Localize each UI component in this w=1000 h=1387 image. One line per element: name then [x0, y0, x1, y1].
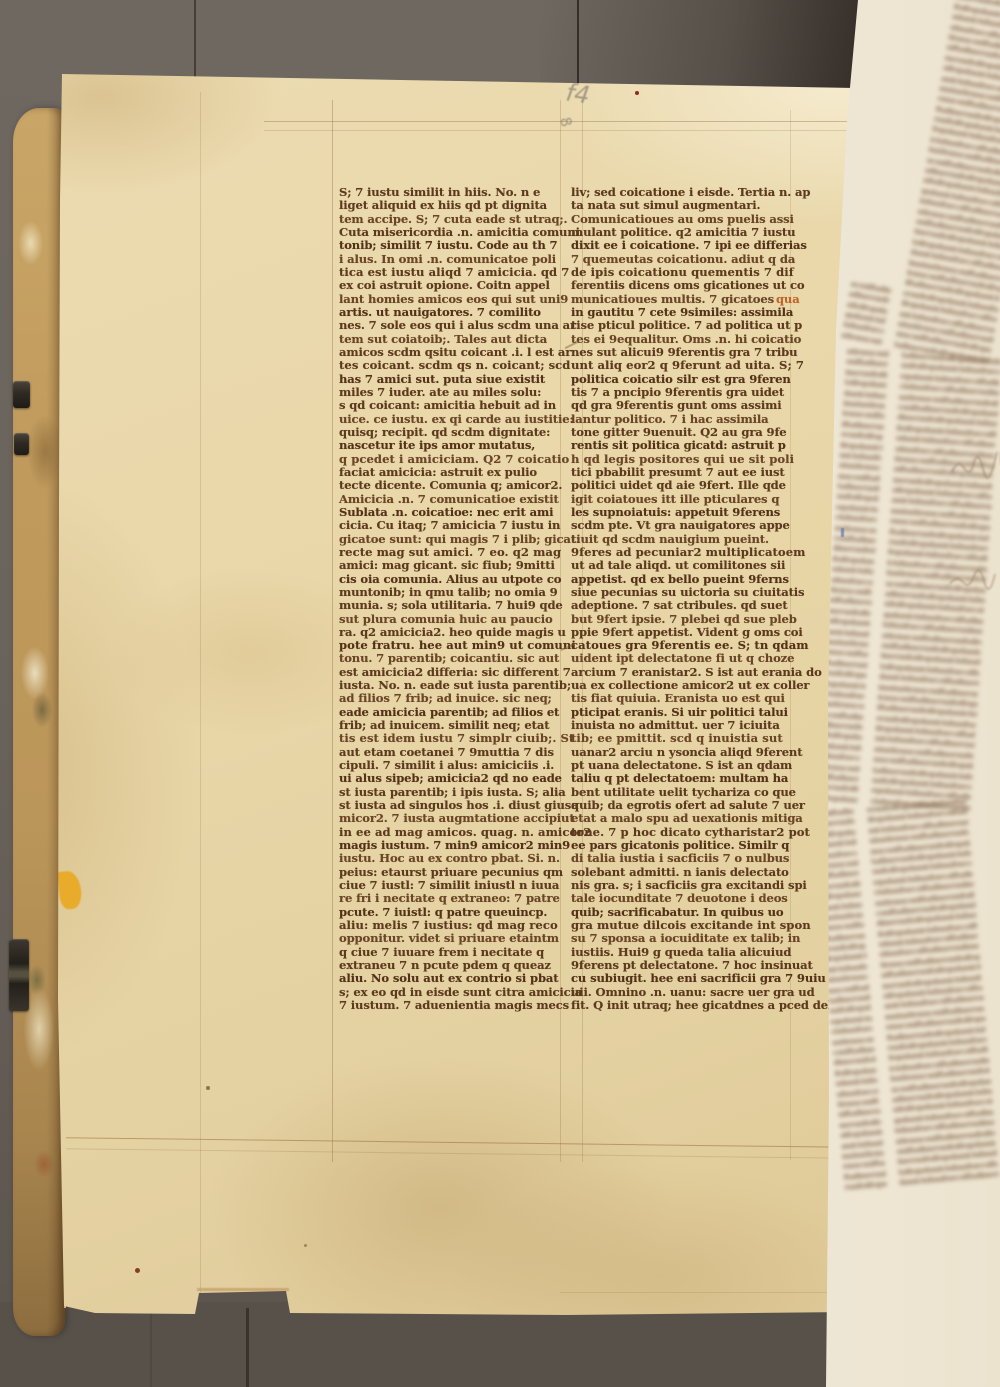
- manuscript-text-line: ra. q2 amicicia2. heo quide magis u: [339, 626, 563, 639]
- manuscript-text-line: su 7 sponsa a iocuiditate ex talib; in: [571, 932, 833, 945]
- manuscript-text-line: siue pecunias su uictoria su ciuitatis: [571, 586, 833, 599]
- manuscript-text-line: quib; sacrificabatur. In quibus uo: [571, 906, 833, 919]
- manuscript-text-line: extraneu 7 n pcute pdem q queaz: [339, 959, 563, 972]
- manuscript-text-line: pcute. 7 iuistl: q patre queuincp.: [339, 906, 563, 919]
- manuscript-text-line: politica coicatio silr est gra 9feren: [571, 373, 833, 386]
- manuscript-text-line: tis 7 a pncipio 9ferentis gra uidet: [571, 386, 833, 399]
- manuscript-text-line: tise pticul politice. 7 ad politica ut p: [571, 319, 833, 332]
- metal-clasp: [13, 381, 30, 408]
- manuscript-text-line: lantur politico. 7 i hac assimila: [571, 413, 833, 426]
- manuscript-text-line: tica est iustu aliqd 7 amicicia. qd 7: [339, 266, 563, 279]
- manuscript-text-line: tecte dicente. Comunia q; amicor2.: [339, 479, 563, 492]
- backdrop-seam: [150, 1312, 152, 1387]
- manuscript-text-line: S; 7 iustu similit in hiis. No. n e: [339, 186, 563, 199]
- manuscript-text-line: bent utilitate uelit tychariza co que: [571, 786, 833, 799]
- manuscript-text-line: h qd legis positores qui ue sit poli: [571, 453, 833, 466]
- manuscript-text-line: eade amicicia parentib; ad filios et: [339, 706, 563, 719]
- marginal-gloss: [948, 568, 998, 594]
- manuscript-text-line: micor2. 7 iusta augmtatione accipiut: [339, 812, 563, 825]
- manuscript-text-line: pt uana delectatone. S ist an qdam: [571, 759, 833, 772]
- manuscript-text-line: tiuit qd scdm nauigium pueint.: [571, 533, 833, 546]
- manuscript-text-line: st iusta parentib; i ipis iusta. S; alia: [339, 786, 563, 799]
- ruling-line: [332, 100, 333, 1162]
- backdrop-seam: [194, 0, 196, 78]
- manuscript-text-line: cu subiugit. hee eni sacrificii gra 7 9u…: [571, 972, 833, 985]
- manuscript-text-line: tone. 7 p hoc dicato cytharistar2 pot: [571, 826, 833, 839]
- manuscript-text-line: inuista no admittut. uer 7 iciuita: [571, 719, 833, 732]
- manuscript-text-line: solebant admitti. n ianis delectato: [571, 866, 833, 879]
- wax-stain: [57, 870, 83, 910]
- book-spine-edge: [13, 108, 65, 1336]
- manuscript-text-line: q pcedet i amiciciam. Q2 7 coicatio: [339, 453, 563, 466]
- manuscript-text-line: Sublata .n. coicatioe: nec erit ami: [339, 506, 563, 519]
- ink-spot: [304, 1244, 307, 1247]
- manuscript-text-line: tes ei 9equalitur. Oms .n. hi coicatio: [571, 333, 833, 346]
- manuscript-text-line: i alus. In omi .n. comunicatoe poli: [339, 253, 563, 266]
- manuscript-text-line: liget aliquid ex hiis qd pt dignita: [339, 199, 563, 212]
- manuscript-text-line: muntonib; in qmu talib; no omia 9: [339, 586, 563, 599]
- manuscript-text-line: Cuta misericordia .n. amicitia comuni: [339, 226, 563, 239]
- manuscript-text-line: st iusta ad singulos hos .i. diust giusa: [339, 799, 563, 812]
- manuscript-text-line: quib; da egrotis ofert ad salute 7 uer: [571, 799, 833, 812]
- manuscript-text-line: recte mag sut amici. 7 eo. q2 mag: [339, 546, 563, 559]
- manuscript-text-line: 9feres ad pecuniar2 multiplicatoem: [571, 546, 833, 559]
- manuscript-text-line: re fri i necitate q extraneo: 7 patre: [339, 892, 563, 905]
- manuscript-text-line: politici uidet qd aie 9fert. Ille qde: [571, 479, 833, 492]
- manuscript-text-line: municatioues multis. 7 gicatoesqua: [571, 293, 833, 306]
- manuscript-text-line: 9ferens pt delectatone. 7 hoc insinuat: [571, 959, 833, 972]
- manuscript-text-line: tonib; similit 7 iustu. Code au th 7: [339, 239, 563, 252]
- manuscript-text-line: ppie 9fert appetist. Vident g oms coi: [571, 626, 833, 639]
- manuscript-photo: f4 8 S; 7 iustu similit in hiis. No. n e…: [0, 0, 1000, 1387]
- manuscript-text-line: munia. s; sola utilitaria. 7 hui9 qde: [339, 599, 563, 612]
- pencil-folio-number: 8: [556, 115, 576, 129]
- manuscript-text-line: nascetur ite ips amor mutatus,: [339, 439, 563, 452]
- manuscript-text-line: ciue 7 iustl: 7 similit iniustl n iuua: [339, 879, 563, 892]
- manuscript-text-line: peius: etaurst priuare pecunius qm: [339, 866, 563, 879]
- manuscript-text-line: tone gitter 9uenuit. Q2 au gra 9fe: [571, 426, 833, 439]
- manuscript-text-line: lant homies amicos eos qui sut uni9: [339, 293, 563, 306]
- manuscript-text-line: mulant politice. q2 amicitia 7 iustu: [571, 226, 833, 239]
- manuscript-text-line: s; ex eo qd in eisde sunt citra amicicia: [339, 986, 563, 999]
- manuscript-text-line: magis iustum. 7 min9 amicor2 min9: [339, 839, 563, 852]
- pigment-speck: [841, 528, 844, 537]
- manuscript-text-line: qd gra 9ferentis gunt oms assimi: [571, 399, 833, 412]
- manuscript-text-line: but 9fert ipsie. 7 plebei qd sue pleb: [571, 613, 833, 626]
- manuscript-text-line: ui alus sipeb; amicicia2 qd no eade: [339, 772, 563, 785]
- manuscript-text-line: catoues gra 9ferentis ee. S; tn qdam: [571, 639, 833, 652]
- manuscript-text-line: iustiis. Hui9 g queda talia alicuiud: [571, 946, 833, 959]
- ink-spot: [635, 91, 639, 95]
- manuscript-text-line: miles 7 iuder. ate au miles solu:: [339, 386, 563, 399]
- manuscript-text-line: iustu. Hoc au ex contro pbat. Si. n.: [339, 852, 563, 865]
- manuscript-text-line: de ipis coicationu quementis 7 dif: [571, 266, 833, 279]
- manuscript-text-line: uanar2 arciu n ysoncia aliqd 9ferent: [571, 746, 833, 759]
- manuscript-text-line: tici pbabilit presumt 7 aut ee iust: [571, 466, 833, 479]
- manuscript-text-line: frib; ad inuicem. similit neq; etat: [339, 719, 563, 732]
- manuscript-text-line: tes coicant. scdm qs n. coicant; scd: [339, 359, 563, 372]
- manuscript-text-line: etat a malo spu ad uexationis mitiga: [571, 812, 833, 825]
- text-column-1: S; 7 iustu similit in hiis. No. n eliget…: [339, 186, 563, 1012]
- manuscript-text-line: artis. ut nauigatores. 7 comilito: [339, 306, 563, 319]
- manuscript-text-line: ex coi astruit opione. Coitn appel: [339, 279, 563, 292]
- manuscript-text-line: tis est idem iustu 7 simplr ciuib;. St: [339, 732, 563, 745]
- ink-spot: [135, 1268, 140, 1273]
- ink-spot: [206, 1086, 210, 1090]
- manuscript-text-line: pote fratru. hee aut min9 ut comuni: [339, 639, 563, 652]
- metal-clasp: [14, 433, 29, 455]
- manuscript-text-line: appetist. qd ex bello pueint 9ferns: [571, 573, 833, 586]
- ruling-line: [560, 1292, 830, 1293]
- manuscript-text-line: opponitur. videt si priuare etaintm: [339, 932, 563, 945]
- manuscript-text-line: gra mutue dilcois excitande int spon: [571, 919, 833, 932]
- manuscript-text-line: taliu q pt delectatoem: multam ha: [571, 772, 833, 785]
- metal-clasp: [9, 939, 29, 1011]
- manuscript-text-line: di talia iustia i sacficiis 7 o nulbus: [571, 852, 833, 865]
- bottom-edge-repair: [197, 1288, 289, 1291]
- manuscript-text-line: cipuli. 7 similit i alus: amiciciis .i.: [339, 759, 563, 772]
- backdrop-seam: [577, 0, 579, 88]
- manuscript-text-line: aliu: melis 7 iustius: qd mag reco: [339, 919, 563, 932]
- manuscript-text-line: unt aliq eor2 q 9ferunt ad uita. S; 7: [571, 359, 833, 372]
- manuscript-text-line: dixit ee i coicatione. 7 ipi ee differia…: [571, 239, 833, 252]
- facing-page-text-block: uconiftadimeruerunitoifequdamiciufmnitue…: [812, 795, 1000, 1193]
- manuscript-text-line: has 7 amici sut. puta siue existit: [339, 373, 563, 386]
- rubricated-word: qua: [774, 292, 800, 306]
- manuscript-text-line: uice. ce iustu. ex qi carde au iustitie:: [339, 413, 563, 426]
- manuscript-text-line: ad filios 7 frib; ad inuice. sic neq;: [339, 692, 563, 705]
- manuscript-text-line: s qd coicant: amicitia hebuit ad in: [339, 399, 563, 412]
- manuscript-text-line: aut etam coetanei 7 9muttia 7 dis: [339, 746, 563, 759]
- manuscript-text-line: les supnoiatuis: appetuit 9ferens: [571, 506, 833, 519]
- manuscript-text-line: faciat amicicia: astruit ex pulio: [339, 466, 563, 479]
- text-column-2: liv; sed coicatione i eisde. Tertia n. a…: [571, 186, 833, 1012]
- manuscript-text-line: scdm pte. Vt gra nauigatores appe: [571, 519, 833, 532]
- ruling-line: [200, 92, 201, 1300]
- manuscript-text-line: nes. 7 sole eos qui i alus scdm una ar: [339, 319, 563, 332]
- facing-page-text-block: coniftadimerunitoifequdamidimerunitoifeq…: [841, 0, 1000, 366]
- manuscript-text-line: ta nata sut simul augmentari.: [571, 199, 833, 212]
- manuscript-text-line: nis gra. s; i sacficiis gra excitandi sp…: [571, 879, 833, 892]
- manuscript-text-line: tis fiat quiuia. Eranista uo est qui: [571, 692, 833, 705]
- manuscript-text-line: rentis sit politica gicatd: astruit p: [571, 439, 833, 452]
- manuscript-text-line: ee pars gicatonis politice. Similr q: [571, 839, 833, 852]
- manuscript-text-line: ut ad tale aliqd. ut comilitones sii: [571, 559, 833, 572]
- manuscript-text-line: quisq; recipit. qd scdm dignitate:: [339, 426, 563, 439]
- manuscript-text-line: cicia. Cu itaq; 7 amicicia 7 iustu in: [339, 519, 563, 532]
- manuscript-text-line: Comunicatioues au oms puelis assi: [571, 213, 833, 226]
- manuscript-text-line: tale iocunditate 7 deuotone i deos: [571, 892, 833, 905]
- manuscript-text-line: iusta. No. n. eade sut iusta parentib;: [339, 679, 563, 692]
- manuscript-text-line: ua ex collectione amicor2 ut ex coller: [571, 679, 833, 692]
- manuscript-text-line: aliu. No solu aut ex contrio si pbat: [339, 972, 563, 985]
- manuscript-text-line: sut plura comunia huic au paucio: [339, 613, 563, 626]
- manuscript-text-line: tib; ee pmittit. scd q inuistia sut: [571, 732, 833, 745]
- manuscript-text-line: 7 quemeutas coicationu. adiut q da: [571, 253, 833, 266]
- backdrop-seam: [246, 1308, 249, 1387]
- manuscript-text-line: igit coiatoues itt ille pticulares q: [571, 493, 833, 506]
- ruling-line: [66, 1148, 848, 1159]
- ruling-line: [66, 1137, 848, 1148]
- manuscript-text-line: Amicicia .n. 7 comunicatioe existit: [339, 493, 563, 506]
- manuscript-text-line: tem sut coiatoib;. Tales aut dicta: [339, 333, 563, 346]
- manuscript-text-line: cis oia comunia. Alius au utpote co: [339, 573, 563, 586]
- manuscript-text-line: q ciue 7 iuuare frem i necitate q: [339, 946, 563, 959]
- manuscript-text-line: amicos scdm qsitu coicant .i. l est ar: [339, 346, 563, 359]
- manuscript-text-line: nes sut alicui9 9ferentis gra 7 tribu: [571, 346, 833, 359]
- manuscript-text-line: arcium 7 eranistar2. S ist aut erania do: [571, 666, 833, 679]
- manuscript-text-line: 7 iustum. 7 aduenientia magis mecs: [339, 999, 563, 1012]
- manuscript-text-line: in gautitu 7 cete 9similes: assimila: [571, 306, 833, 319]
- manuscript-text-line: tonu. 7 parentib; coicantiu. sic aut: [339, 652, 563, 665]
- marginal-gloss: [950, 452, 1000, 486]
- manuscript-text-line: est amicicia2 differia: sic different 7: [339, 666, 563, 679]
- ruling-line: [264, 130, 850, 131]
- manuscript-text-line: uii. Omnino .n. uanu: sacre uer gra ud: [571, 986, 833, 999]
- manuscript-text-line: tem accipe. S; 7 cuta eade st utraq;.: [339, 213, 563, 226]
- manuscript-text-line: gicatoe sunt: qui magis 7 i plib; gicat:: [339, 533, 563, 546]
- manuscript-text-line: pticipat eranis. Si uir politici talui: [571, 706, 833, 719]
- manuscript-text-line: in ee ad mag amicos. quag. n. amicor2: [339, 826, 563, 839]
- manuscript-text-line: fit. Q init utraq; hee gicatdnes a pced …: [571, 999, 833, 1012]
- manuscript-text-line: amici: mag gicant. sic fiub; 9mitti: [339, 559, 563, 572]
- manuscript-text-line: ferentiis dicens oms gicationes ut co: [571, 279, 833, 292]
- manuscript-text-line: adeptione. 7 sat ctribules. qd suet: [571, 599, 833, 612]
- manuscript-text-line: liv; sed coicatione i eisde. Tertia n. a…: [571, 186, 833, 199]
- manuscript-text-line: uident ipt delectatone fi ut q choze: [571, 652, 833, 665]
